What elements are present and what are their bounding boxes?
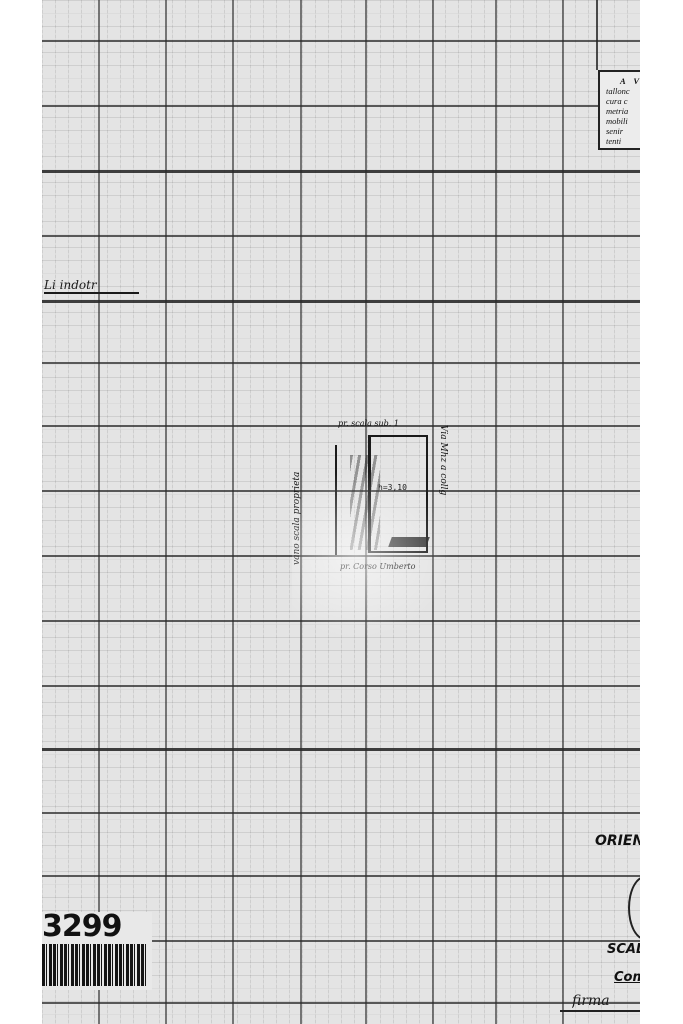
stamp-line: tenti — [606, 136, 640, 146]
grid-line — [42, 105, 640, 107]
scale-label: SCAL — [607, 942, 640, 957]
plan-left-label: vano scala proprieta — [292, 435, 302, 565]
grid-line — [42, 685, 640, 687]
grid-line — [42, 812, 640, 814]
page-margin — [640, 0, 683, 1024]
comune-label: Com — [614, 970, 640, 985]
stamp-line: mobili — [606, 116, 640, 126]
grid-line — [42, 235, 640, 237]
plan-top-label: pr. scala sub. 1 — [338, 419, 399, 428]
barcode-icon — [42, 944, 146, 986]
plan-bottom-label: pr. Corso Umberto — [340, 562, 415, 571]
left-annotation: Li indotr — [44, 278, 139, 294]
stamp-line: metria — [606, 106, 640, 116]
grid-line — [98, 0, 100, 1024]
stamp-line: 12 april — [606, 146, 640, 150]
grid-line-heavy — [42, 748, 640, 751]
room-outline — [368, 435, 428, 553]
grid-line-heavy — [42, 170, 640, 173]
stamp-line: tallonc — [606, 86, 640, 96]
grid-line — [42, 875, 640, 877]
grid-line — [165, 0, 167, 1024]
grid-line — [42, 40, 640, 42]
stamp-line: cura c — [606, 96, 640, 106]
document-sheet: A V V tallonc cura c metria mobili senir… — [42, 0, 640, 1024]
plan-right-label: Via Mhz a collg — [438, 425, 448, 560]
stair-icon — [388, 537, 430, 547]
reference-code-block: 3299 — [42, 912, 152, 990]
grid-line — [42, 362, 640, 364]
signature: firma — [572, 993, 640, 1009]
stamp-border — [596, 0, 598, 70]
grid-line — [42, 1002, 640, 1004]
reference-number: 3299 — [42, 912, 122, 942]
signature-line — [560, 1010, 640, 1012]
floor-plan: pr. scala sub. 1 vano scala proprieta h=… — [290, 415, 460, 580]
grid-line — [562, 0, 564, 1024]
room-partition — [335, 445, 359, 555]
stamp-title: A V V — [606, 76, 640, 86]
grid-line-heavy — [42, 300, 640, 303]
grid-line — [495, 0, 497, 1024]
stamp-line: senir — [606, 126, 640, 136]
grid-line — [232, 0, 234, 1024]
orientation-label: ORIEN — [595, 833, 640, 849]
height-dimension: h=3,10 — [378, 483, 407, 492]
notice-stamp: A V V tallonc cura c metria mobili senir… — [598, 70, 640, 150]
grid-line — [42, 620, 640, 622]
